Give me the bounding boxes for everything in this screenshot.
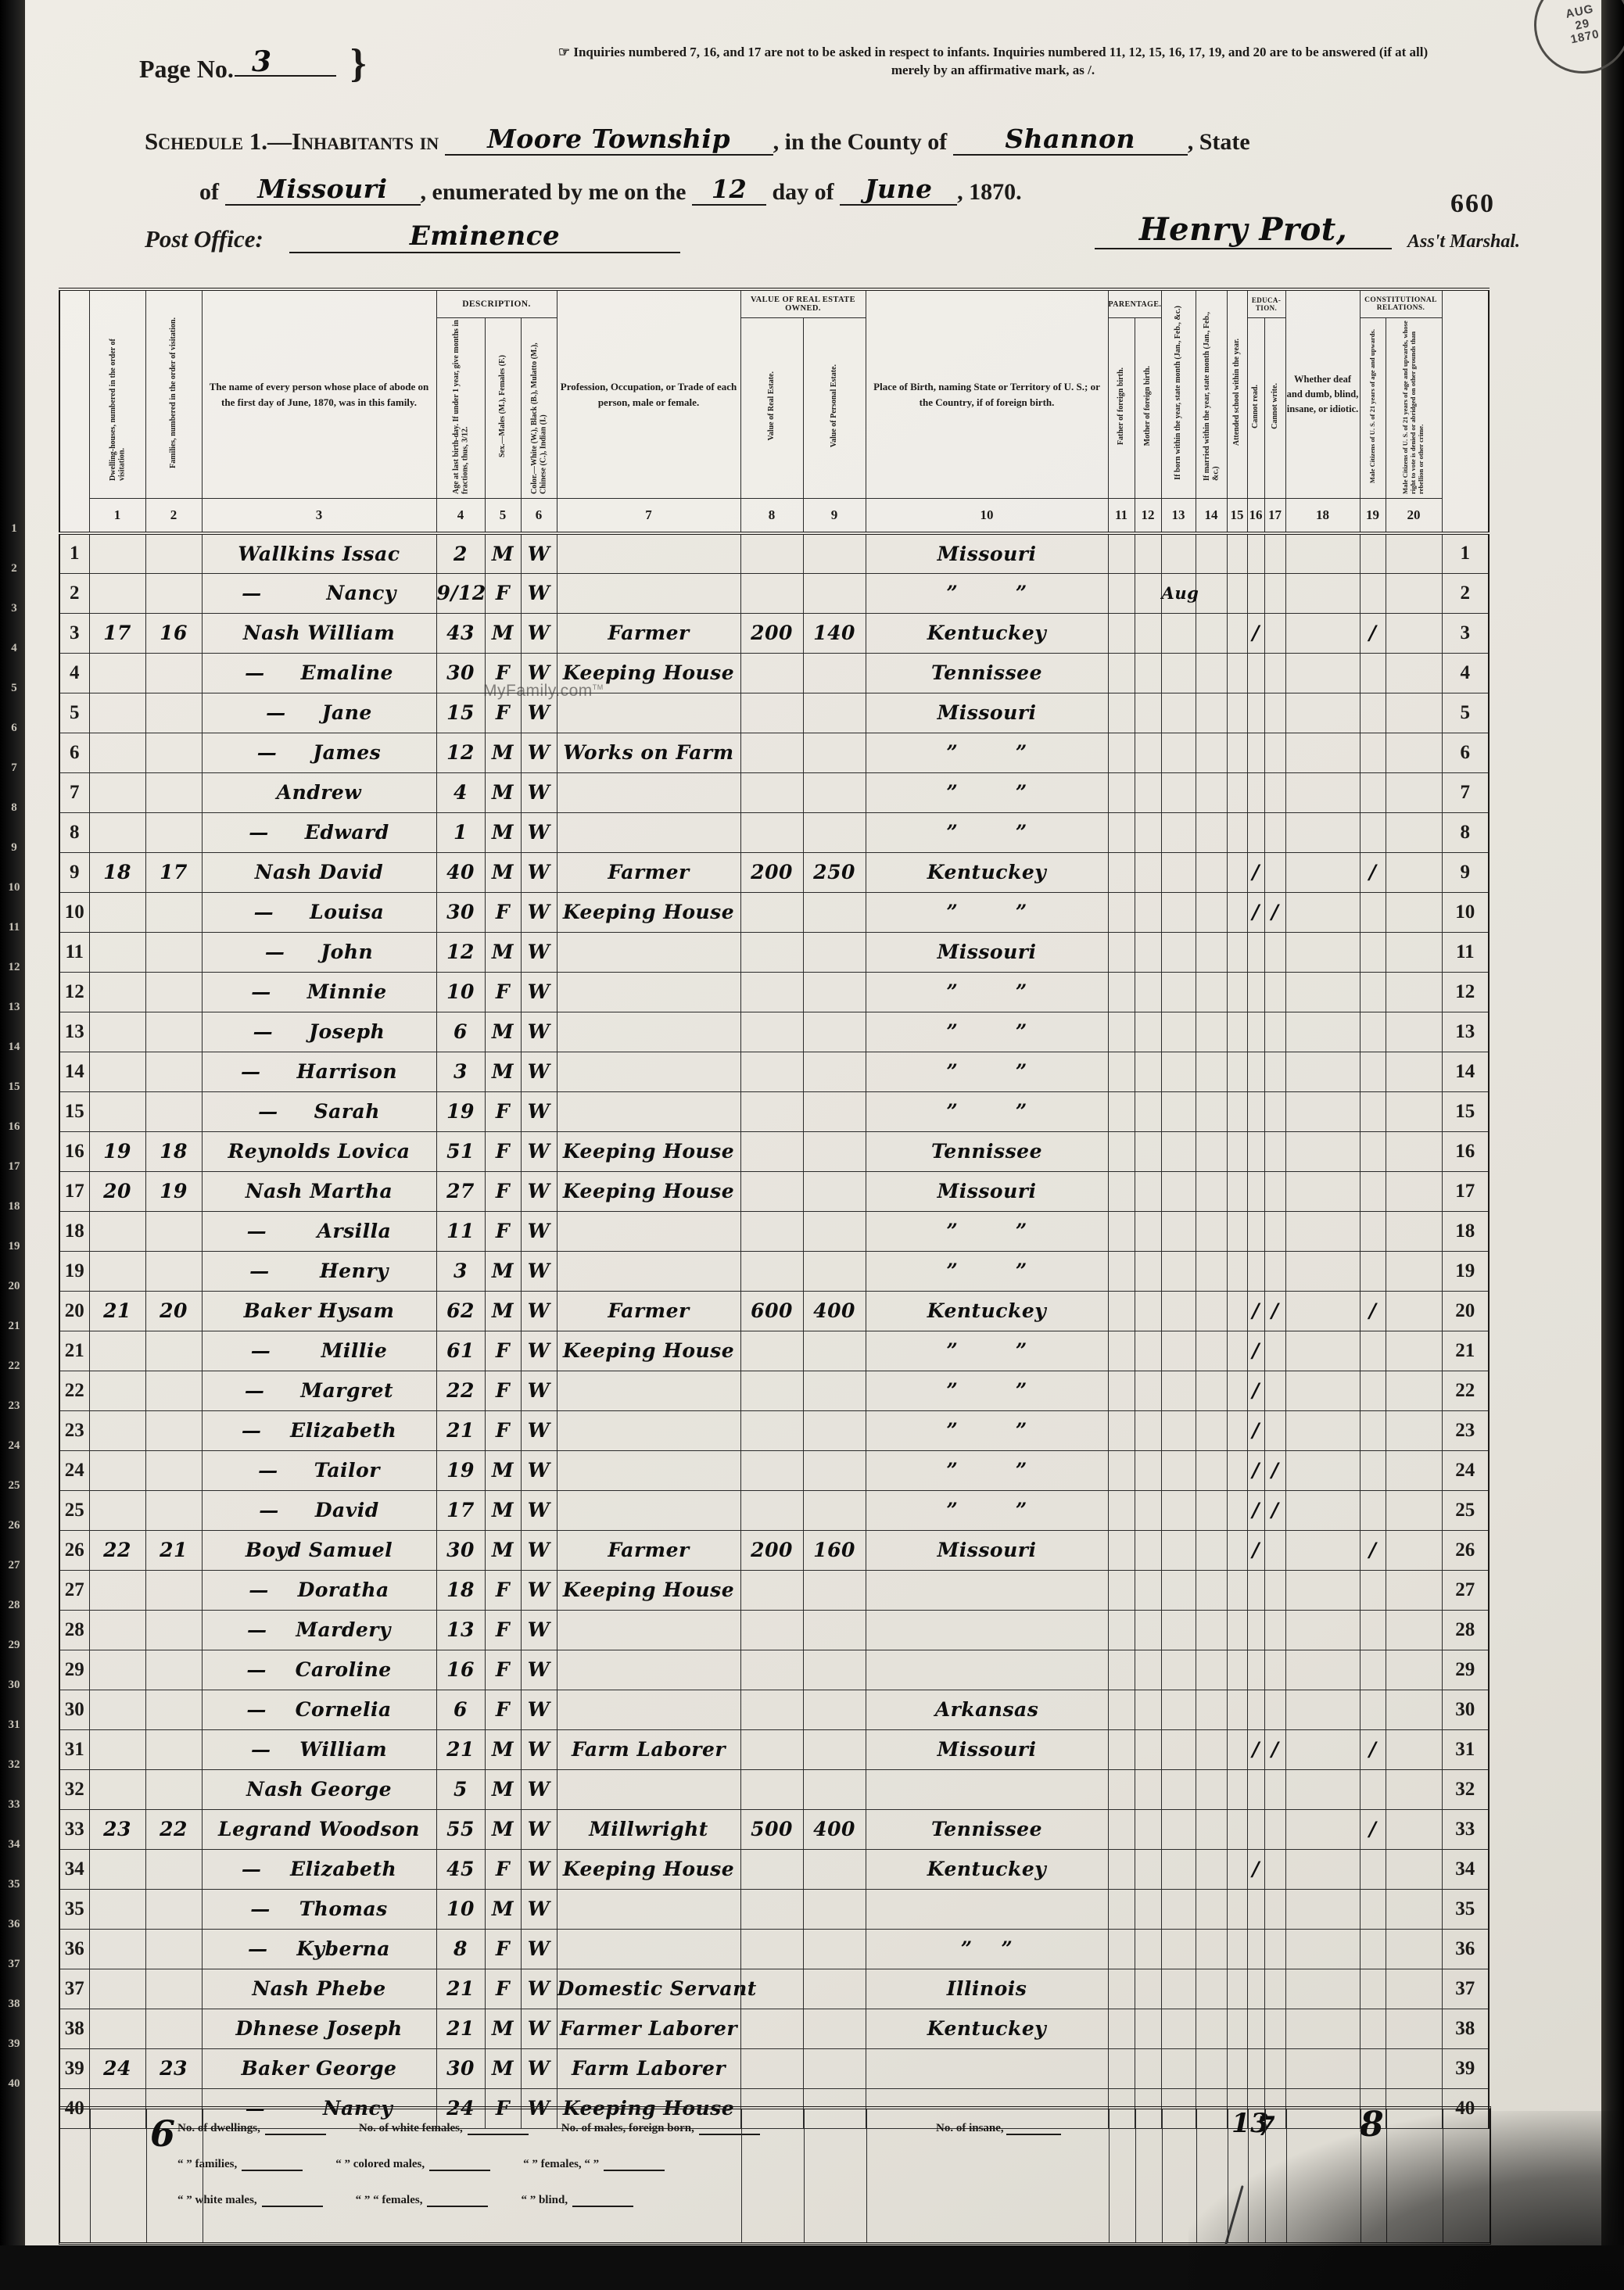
father-foreign-cell — [1108, 1929, 1135, 1969]
film-edge-number: 1 — [5, 522, 23, 536]
sex: F — [485, 1410, 521, 1450]
person-name: Nash Martha — [202, 1171, 436, 1211]
family-number — [145, 1849, 202, 1889]
age: 27 — [436, 1171, 485, 1211]
person-name: — William — [202, 1729, 436, 1769]
film-edge-number: 40 — [5, 2077, 23, 2091]
age: 10 — [436, 1889, 485, 1929]
footer-column-rule — [804, 2109, 805, 2242]
footer-column-rule — [1109, 2109, 1110, 2242]
table-row: 33 23 22 Legrand Woodson 55 M W Millwrig… — [59, 1809, 1489, 1849]
mother-foreign-cell — [1135, 1410, 1161, 1450]
col5-header: Sex.—Males (M.), Females (F.) — [485, 318, 521, 499]
male-citizen-mark — [1360, 892, 1386, 932]
born-month — [1161, 1371, 1196, 1410]
father-foreign-cell — [1108, 1052, 1135, 1091]
married-month-cell — [1196, 1929, 1227, 1969]
footer-line-1: No. of dwellings,No. of white females,No… — [177, 2122, 793, 2135]
family-number — [145, 1769, 202, 1809]
dwelling-number — [89, 1769, 145, 1809]
column-number: 19 — [1360, 499, 1386, 534]
personal-estate-value — [803, 2048, 866, 2088]
color: W — [521, 1211, 557, 1251]
born-month — [1161, 852, 1196, 892]
col15-header: Attended school within the year. — [1227, 289, 1247, 499]
person-name: — Cornelia — [202, 1690, 436, 1729]
mother-foreign-cell — [1135, 1052, 1161, 1091]
page-no-rule — [235, 75, 336, 77]
table-row: 9 18 17 Nash David 40 M W Farmer 200 250… — [59, 852, 1489, 892]
row-number-left: 38 — [59, 2009, 89, 2048]
cannot-read-mark — [1247, 972, 1264, 1012]
married-month-cell — [1196, 892, 1227, 932]
scan-left-edge — [0, 0, 25, 2290]
cannot-write-mark: / — [1264, 1291, 1285, 1331]
attended-school-cell — [1227, 2048, 1247, 2088]
occupation — [557, 1650, 740, 1690]
schedule-prefix: Schedule 1.—Inhabitants in — [145, 127, 439, 155]
family-number — [145, 1570, 202, 1610]
attended-school-cell — [1227, 1729, 1247, 1769]
father-foreign-cell — [1108, 892, 1135, 932]
sex: M — [485, 1729, 521, 1769]
personal-estate-value — [803, 1769, 866, 1809]
real-estate-value — [740, 812, 803, 852]
sex: F — [485, 1570, 521, 1610]
dwelling-number — [89, 1650, 145, 1690]
cannot-read-mark — [1247, 1171, 1264, 1211]
deaf-dumb-cell — [1285, 1690, 1360, 1729]
dwelling-number — [89, 1012, 145, 1052]
cannot-write-mark — [1264, 1131, 1285, 1171]
table-row: 11 — John 12 M W Missouri 11 — [59, 932, 1489, 972]
table-row: 28 — Mardery 13 F W 28 — [59, 1610, 1489, 1650]
mother-foreign-cell — [1135, 1251, 1161, 1291]
cannot-read-mark: / — [1247, 1490, 1264, 1530]
cannot-read-mark — [1247, 1091, 1264, 1131]
dwelling-number: 24 — [89, 2048, 145, 2088]
born-month — [1161, 892, 1196, 932]
birthplace: ” ” — [866, 1052, 1108, 1091]
real-estate-value — [740, 932, 803, 972]
mother-foreign-cell — [1135, 1690, 1161, 1729]
family-number — [145, 733, 202, 772]
table-row: 31 — William 21 M W Farm Laborer Missour… — [59, 1729, 1489, 1769]
film-edge-number: 11 — [5, 921, 23, 934]
born-month — [1161, 1091, 1196, 1131]
footer-blank-rule — [429, 2170, 490, 2171]
row-number-right: 39 — [1442, 2048, 1489, 2088]
dwelling-number — [89, 1690, 145, 1729]
deaf-dumb-cell — [1285, 1291, 1360, 1331]
birthplace: ” ” — [866, 733, 1108, 772]
col3-header: The name of every person whose place of … — [202, 289, 436, 499]
family-number: 16 — [145, 613, 202, 653]
family-number — [145, 1211, 202, 1251]
color: W — [521, 1690, 557, 1729]
real-estate-value — [740, 1091, 803, 1131]
row-number-left: 33 — [59, 1809, 89, 1849]
column-number: 9 — [803, 499, 866, 534]
table-row: 23 — Elizabeth 21 F W ” ” / 23 — [59, 1410, 1489, 1450]
dwelling-number — [89, 1052, 145, 1091]
row-number-right: 32 — [1442, 1769, 1489, 1809]
film-edge-number: 30 — [5, 1679, 23, 1692]
married-month-cell — [1196, 733, 1227, 772]
color: W — [521, 1650, 557, 1690]
male-citizen-mark — [1360, 812, 1386, 852]
person-name: — Emaline — [202, 653, 436, 693]
real-estate-value — [740, 1171, 803, 1211]
attended-school-cell — [1227, 1211, 1247, 1251]
family-number — [145, 1331, 202, 1371]
column-number: 11 — [1108, 499, 1135, 534]
sex: M — [485, 733, 521, 772]
father-foreign-cell — [1108, 852, 1135, 892]
married-month-cell — [1196, 2009, 1227, 2048]
cannot-read-mark — [1247, 1969, 1264, 2009]
cannot-write-mark — [1264, 2048, 1285, 2088]
footer-blank-rule — [265, 2134, 326, 2135]
family-number — [145, 573, 202, 613]
attended-school-cell — [1227, 1171, 1247, 1211]
family-number: 18 — [145, 1131, 202, 1171]
row-number-left: 22 — [59, 1371, 89, 1410]
personal-estate-value — [803, 1610, 866, 1650]
father-foreign-cell — [1108, 1650, 1135, 1690]
year-label: , 1870. — [957, 179, 1022, 205]
dwelling-number — [89, 693, 145, 733]
row-number-right: 11 — [1442, 932, 1489, 972]
dwelling-number: 23 — [89, 1809, 145, 1849]
row-number-left: 1 — [59, 533, 89, 573]
birthplace: ” ” — [866, 1331, 1108, 1371]
age: 17 — [436, 1490, 485, 1530]
film-edge-number: 17 — [5, 1160, 23, 1174]
cannot-read-mark — [1247, 1012, 1264, 1052]
vote-denied-cell — [1386, 972, 1442, 1012]
row-number-right: 16 — [1442, 1131, 1489, 1171]
father-foreign-cell — [1108, 613, 1135, 653]
col7-header: Profession, Occupation, or Trade of each… — [557, 289, 740, 499]
color: W — [521, 1131, 557, 1171]
color: W — [521, 733, 557, 772]
born-month — [1161, 812, 1196, 852]
row-number-left: 30 — [59, 1690, 89, 1729]
person-name: — Mardery — [202, 1610, 436, 1650]
mother-foreign-cell — [1135, 1769, 1161, 1809]
mother-foreign-cell — [1135, 1012, 1161, 1052]
table-row: 21 — Millie 61 F W Keeping House ” ” / 2… — [59, 1331, 1489, 1371]
deaf-dumb-cell — [1285, 852, 1360, 892]
birthplace — [866, 1610, 1108, 1650]
deaf-dumb-cell — [1285, 1410, 1360, 1450]
state-value: Missouri — [225, 174, 421, 206]
real-estate-value: 600 — [740, 1291, 803, 1331]
vote-denied-cell — [1386, 1131, 1442, 1171]
father-foreign-cell — [1108, 653, 1135, 693]
color: W — [521, 852, 557, 892]
cannot-write-mark — [1264, 1769, 1285, 1809]
family-number — [145, 1690, 202, 1729]
col19-header: Male Citizens of U. S. of 21 years of ag… — [1360, 318, 1386, 499]
table-row: 27 — Doratha 18 F W Keeping House 27 — [59, 1570, 1489, 1610]
cannot-write-mark — [1264, 733, 1285, 772]
age: 21 — [436, 1969, 485, 2009]
dwelling-number: 19 — [89, 1131, 145, 1171]
occupation: Farm Laborer — [557, 2048, 740, 2088]
vote-denied-cell — [1386, 733, 1442, 772]
col16-header: Cannot read. — [1247, 318, 1264, 499]
deaf-dumb-cell — [1285, 1131, 1360, 1171]
real-estate-value — [740, 533, 803, 573]
column-number: 1 — [89, 499, 145, 534]
attended-school-cell — [1227, 1410, 1247, 1450]
occupation: Domestic Servant — [557, 1969, 740, 2009]
dwelling-number — [89, 932, 145, 972]
birthplace: ” ” — [866, 1211, 1108, 1251]
birthplace: ” ” — [866, 1371, 1108, 1410]
personal-estate-value — [803, 1211, 866, 1251]
vote-denied-cell — [1386, 573, 1442, 613]
person-name: — Caroline — [202, 1650, 436, 1690]
cannot-write-mark — [1264, 653, 1285, 693]
vote-denied-cell — [1386, 1490, 1442, 1530]
table-row: 29 — Caroline 16 F W 29 — [59, 1650, 1489, 1690]
sex: F — [485, 972, 521, 1012]
birthplace: Kentuckey — [866, 2009, 1108, 2048]
column-number: 2 — [145, 499, 202, 534]
married-month-cell — [1196, 1410, 1227, 1450]
real-estate-value: 200 — [740, 613, 803, 653]
person-name: — Arsilla — [202, 1211, 436, 1251]
personal-estate-value — [803, 1251, 866, 1291]
row-number-right: 20 — [1442, 1291, 1489, 1331]
col2-header: Families, numbered in the order of visit… — [145, 289, 202, 499]
born-month — [1161, 932, 1196, 972]
vote-denied-cell — [1386, 932, 1442, 972]
row-number-right: 2 — [1442, 573, 1489, 613]
father-foreign-cell — [1108, 1849, 1135, 1889]
person-name: Nash David — [202, 852, 436, 892]
personal-estate-value — [803, 1570, 866, 1610]
color: W — [521, 812, 557, 852]
age: 51 — [436, 1131, 485, 1171]
table-row: 2 — Nancy 9/12 F W ” ” Aug 2 — [59, 573, 1489, 613]
cannot-read-mark: / — [1247, 852, 1264, 892]
film-edge-number: 5 — [5, 682, 23, 695]
real-estate-value — [740, 1769, 803, 1809]
born-month — [1161, 1889, 1196, 1929]
cannot-write-mark — [1264, 972, 1285, 1012]
personal-estate-value — [803, 693, 866, 733]
person-name: — Jane — [202, 693, 436, 733]
male-citizen-mark — [1360, 1490, 1386, 1530]
born-month — [1161, 613, 1196, 653]
vote-denied-cell — [1386, 693, 1442, 733]
dwelling-number — [89, 972, 145, 1012]
birthplace — [866, 1570, 1108, 1610]
person-name: Wallkins Issac — [202, 533, 436, 573]
row-number-left: 37 — [59, 1969, 89, 2009]
married-month-cell — [1196, 1490, 1227, 1530]
married-month-cell — [1196, 1650, 1227, 1690]
cannot-read-mark: / — [1247, 1331, 1264, 1371]
dwelling-number: 17 — [89, 613, 145, 653]
sex: F — [485, 1211, 521, 1251]
group-parentage: PARENTAGE. — [1108, 289, 1161, 318]
deaf-dumb-cell — [1285, 1849, 1360, 1889]
personal-estate-value: 400 — [803, 1809, 866, 1849]
vote-denied-cell — [1386, 1650, 1442, 1690]
deaf-dumb-cell — [1285, 972, 1360, 1012]
person-name: — Elizabeth — [202, 1410, 436, 1450]
married-month-cell — [1196, 1251, 1227, 1291]
sex: M — [485, 2048, 521, 2088]
deaf-dumb-cell — [1285, 1729, 1360, 1769]
row-number-right: 14 — [1442, 1052, 1489, 1091]
family-number: 20 — [145, 1291, 202, 1331]
instructions-line1: ☞ Inquiries numbered 7, 16, and 17 are n… — [438, 44, 1548, 62]
film-edge-number: 6 — [5, 722, 23, 735]
film-edge-number: 9 — [5, 841, 23, 855]
row-number-left: 36 — [59, 1929, 89, 1969]
married-month-cell — [1196, 533, 1227, 573]
married-month-cell — [1196, 1171, 1227, 1211]
footer-blank-rule — [242, 2170, 303, 2171]
born-month — [1161, 1211, 1196, 1251]
deaf-dumb-cell — [1285, 1570, 1360, 1610]
born-month — [1161, 2009, 1196, 2048]
row-number-right: 35 — [1442, 1889, 1489, 1929]
attended-school-cell — [1227, 1490, 1247, 1530]
attended-school-cell — [1227, 1610, 1247, 1650]
film-edge-number: 26 — [5, 1519, 23, 1532]
deaf-dumb-cell — [1285, 2009, 1360, 2048]
deaf-dumb-cell — [1285, 613, 1360, 653]
married-month-cell — [1196, 812, 1227, 852]
cannot-read-mark: / — [1247, 613, 1264, 653]
married-month-cell — [1196, 1769, 1227, 1809]
cannot-write-mark — [1264, 1690, 1285, 1729]
cannot-write-mark — [1264, 1969, 1285, 2009]
row-number-right: 36 — [1442, 1929, 1489, 1969]
sex: M — [485, 1012, 521, 1052]
birthplace — [866, 1889, 1108, 1929]
dwelling-number — [89, 1849, 145, 1889]
row-number-left: 35 — [59, 1889, 89, 1929]
deaf-dumb-cell — [1285, 1610, 1360, 1650]
born-month — [1161, 2048, 1196, 2088]
vote-denied-cell — [1386, 1291, 1442, 1331]
vote-denied-cell — [1386, 1012, 1442, 1052]
row-number-right: 10 — [1442, 892, 1489, 932]
family-number — [145, 1929, 202, 1969]
cannot-read-mark — [1247, 1251, 1264, 1291]
family-number — [145, 1729, 202, 1769]
column-number: 12 — [1135, 499, 1161, 534]
row-number-right: 7 — [1442, 772, 1489, 812]
row-number-left: 29 — [59, 1650, 89, 1690]
cannot-write-mark: / — [1264, 1490, 1285, 1530]
footer-column-rule — [90, 2109, 91, 2242]
deaf-dumb-cell — [1285, 1929, 1360, 1969]
attended-school-cell — [1227, 1091, 1247, 1131]
cannot-read-mark — [1247, 772, 1264, 812]
father-foreign-cell — [1108, 932, 1135, 972]
deaf-dumb-cell — [1285, 533, 1360, 573]
age: 3 — [436, 1251, 485, 1291]
cannot-read-mark — [1247, 2048, 1264, 2088]
sex: F — [485, 1690, 521, 1729]
personal-estate-value — [803, 812, 866, 852]
married-month-cell — [1196, 1849, 1227, 1889]
row-number-right: 26 — [1442, 1530, 1489, 1570]
table-row: 10 — Louisa 30 F W Keeping House ” ” / /… — [59, 892, 1489, 932]
male-citizen-mark: / — [1360, 1809, 1386, 1849]
family-number — [145, 1091, 202, 1131]
marshal-signature: Henry Prot, — [1095, 211, 1392, 249]
table-row: 5 — Jane 15 F W Missouri 5 — [59, 693, 1489, 733]
mother-foreign-cell — [1135, 1131, 1161, 1171]
row-number-left: 9 — [59, 852, 89, 892]
group-description: DESCRIPTION. — [436, 289, 557, 318]
personal-estate-value — [803, 2009, 866, 2048]
person-name: — Sarah — [202, 1091, 436, 1131]
born-month — [1161, 1570, 1196, 1610]
occupation — [557, 1490, 740, 1530]
table-row: 38 Dhnese Joseph 21 M W Farmer Laborer K… — [59, 2009, 1489, 2048]
real-estate-value — [740, 573, 803, 613]
father-foreign-cell — [1108, 533, 1135, 573]
col11-header: Father of foreign birth. — [1108, 318, 1135, 499]
row-number-left: 15 — [59, 1091, 89, 1131]
color: W — [521, 1570, 557, 1610]
married-month-cell — [1196, 1610, 1227, 1650]
married-month-cell — [1196, 1371, 1227, 1410]
occupation: Millwright — [557, 1809, 740, 1849]
dwelling-number — [89, 1450, 145, 1490]
birthplace — [866, 1650, 1108, 1690]
real-estate-value — [740, 1211, 803, 1251]
real-estate-value — [740, 1450, 803, 1490]
mother-foreign-cell — [1135, 892, 1161, 932]
color: W — [521, 1012, 557, 1052]
row-number-left: 10 — [59, 892, 89, 932]
sex: M — [485, 812, 521, 852]
born-month — [1161, 1929, 1196, 1969]
married-month-cell — [1196, 1530, 1227, 1570]
family-number: 17 — [145, 852, 202, 892]
row-number-left: 12 — [59, 972, 89, 1012]
film-edge-number: 21 — [5, 1320, 23, 1333]
real-estate-value — [740, 1490, 803, 1530]
male-citizen-mark — [1360, 1889, 1386, 1929]
deaf-dumb-cell — [1285, 1052, 1360, 1091]
family-number — [145, 533, 202, 573]
row-number-left: 24 — [59, 1450, 89, 1490]
film-edge-number: 12 — [5, 961, 23, 974]
vote-denied-cell — [1386, 533, 1442, 573]
footer-blank-rule — [572, 2206, 633, 2207]
marshal-label: Ass't Marshal. — [1407, 231, 1520, 253]
cannot-write-mark — [1264, 1849, 1285, 1889]
cannot-read-mark — [1247, 533, 1264, 573]
cannot-write-mark — [1264, 533, 1285, 573]
table-row: 4 — Emaline 30 F W Keeping House Tenniss… — [59, 653, 1489, 693]
father-foreign-cell — [1108, 972, 1135, 1012]
father-foreign-cell — [1108, 772, 1135, 812]
